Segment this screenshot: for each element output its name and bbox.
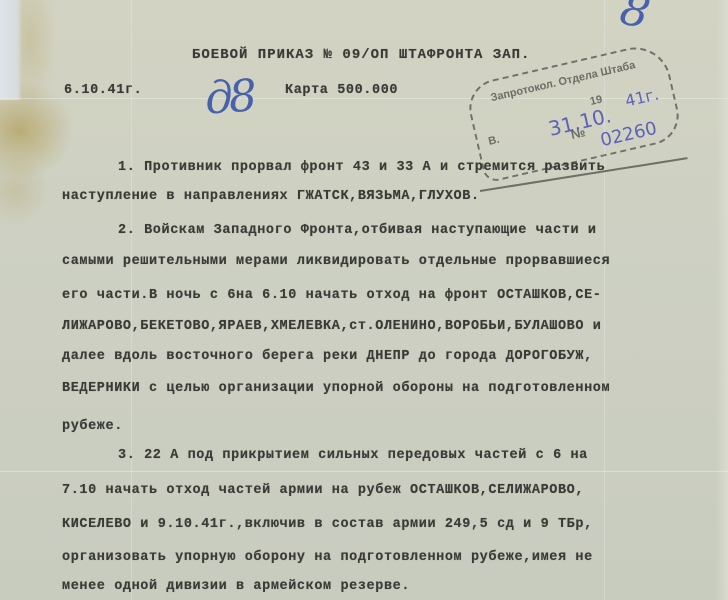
paragraph-3-line-4: организовать упорную оборону на подготов… xyxy=(62,551,593,565)
paragraph-2-line-4: ЛИЖАРОВО,БЕКЕТОВО,ЯРАЕВ,ХМЕЛЕВКА,ст.ОЛЕН… xyxy=(62,320,601,334)
handwritten-mark-top-right: 8 xyxy=(615,0,655,40)
paragraph-3-line-2: 7.10 начать отход частей армии на рубеж … xyxy=(62,484,584,498)
document-scan: БОЕВОЙ ПРИКАЗ № 09/ОП ШТАФРОНТА ЗАП. 6.1… xyxy=(0,0,728,600)
paragraph-2-line-7: рубеже. xyxy=(62,420,123,434)
stamp-prefix: В. xyxy=(487,134,500,148)
paragraph-3-line-1: 3. 22 А под прикрытием сильных передовых… xyxy=(118,449,588,463)
fold-line xyxy=(0,471,728,472)
document-title: БОЕВОЙ ПРИКАЗ № 09/ОП ШТАФРОНТА ЗАП. xyxy=(192,48,530,62)
page-edge xyxy=(716,0,728,600)
stamp-header: Запротокол. Отдела Штаба xyxy=(489,59,636,104)
paragraph-2-line-1: 2. Войскам Западного Фронта,отбивая наст… xyxy=(118,224,597,238)
scan-background-gap xyxy=(0,0,22,100)
paragraph-2-line-2: самыми решительными мерами ликвидировать… xyxy=(62,255,610,269)
paragraph-2-line-6: ВЕДЕРНИКИ с целью организации упорной об… xyxy=(62,382,610,396)
paragraph-3-line-5: менее одной дивизии в армейском резерве. xyxy=(62,580,410,594)
paragraph-1-line-2: наступление в направлениях ГЖАТСК,ВЯЗЬМА… xyxy=(62,190,480,204)
paragraph-2-line-5: далее вдоль восточного берега реки ДНЕПР… xyxy=(62,350,593,364)
paragraph-3-line-3: КИСЕЛЕВО и 9.10.41г.,включив в состав ар… xyxy=(62,518,593,532)
handwritten-mark-center: д8 xyxy=(203,70,254,124)
paragraph-2-line-3: его части.В ночь с 6на 6.10 начать отход… xyxy=(62,289,601,303)
map-scale: Карта 500.000 xyxy=(285,84,398,98)
document-date: 6.10.41г. xyxy=(64,84,142,98)
paragraph-1-line-1: 1. Противник прорвал фронт 43 и 33 А и с… xyxy=(118,161,605,175)
